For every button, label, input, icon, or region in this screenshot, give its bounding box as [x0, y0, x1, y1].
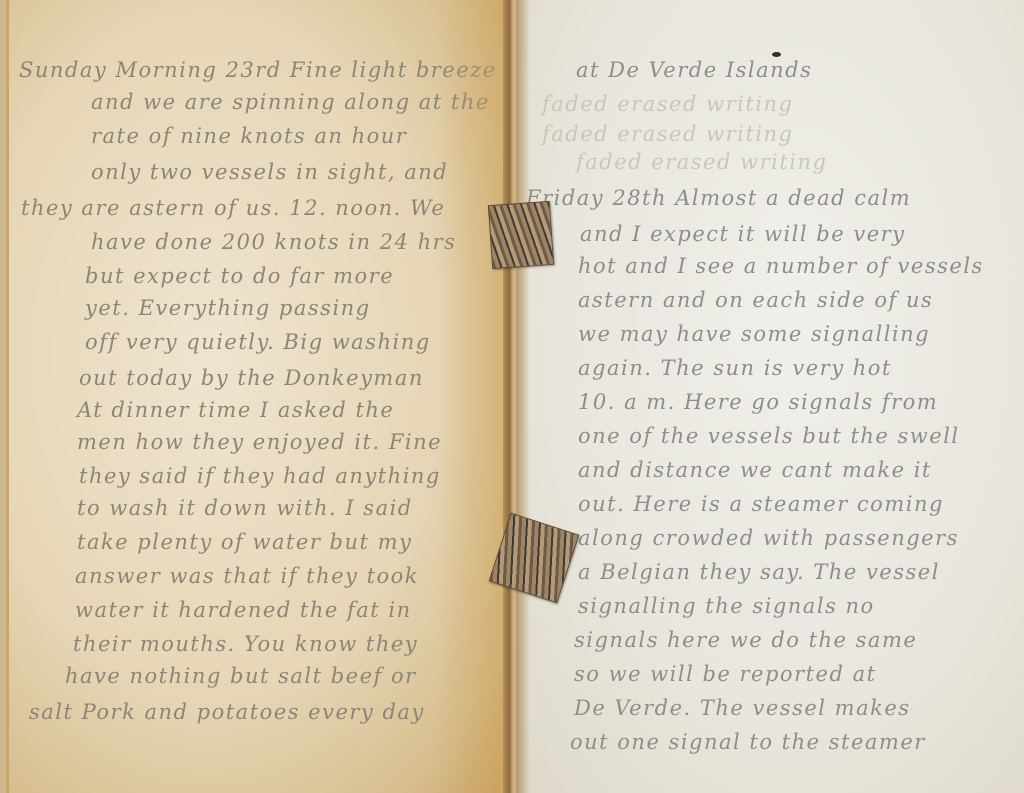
erased-line: faded erased writing [542, 122, 793, 146]
journal-line: out one signal to the steamer [570, 730, 926, 754]
journal-line: so we will be reported at [574, 662, 877, 686]
journal-line: they said if they had anything [79, 464, 441, 488]
journal-line: De Verde. The vessel makes [574, 696, 911, 720]
journal-line: along crowded with passengers [578, 526, 959, 550]
journal-line: and distance we cant make it [578, 458, 932, 482]
journal-line: out today by the Donkeyman [79, 366, 424, 390]
journal-line: At dinner time I asked the [77, 398, 394, 422]
journal-line: salt Pork and potatoes every day [29, 700, 425, 724]
journal-line: out. Here is a steamer coming [578, 492, 944, 516]
journal-line: take plenty of water but my [77, 530, 412, 554]
journal-line: rate of nine knots an hour [91, 124, 407, 148]
journal-line: Friday 28th Almost a dead calm [526, 186, 911, 210]
journal-line: have nothing but salt beef or [65, 664, 417, 688]
journal-line: their mouths. You know they [73, 632, 418, 656]
journal-line: have done 200 knots in 24 hrs [91, 230, 456, 254]
journal-heading-line: at De Verde Islands [576, 58, 812, 82]
journal-line: yet. Everything passing [85, 296, 371, 320]
journal-line: and I expect it will be very [580, 222, 906, 246]
journal-line: signalling the signals no [578, 594, 875, 618]
journal-line: but expect to do far more [85, 264, 394, 288]
journal-line: a Belgian they say. The vessel [578, 560, 940, 584]
journal-line: 10. a m. Here go signals from [578, 390, 938, 414]
journal-line: answer was that if they took [75, 564, 419, 588]
journal-line: men how they enjoyed it. Fine [77, 430, 442, 454]
journal-line: they are astern of us. 12. noon. We [21, 196, 445, 220]
journal-line: one of the vessels but the swell [578, 424, 960, 448]
journal-line: signals here we do the same [574, 628, 917, 652]
left-page: Sunday Morning 23rd Fine light breeze an… [6, 0, 506, 793]
torn-tape-fragment-top [488, 201, 554, 269]
journal-line: Sunday Morning 23rd Fine light breeze [19, 58, 497, 82]
open-journal: Sunday Morning 23rd Fine light breeze an… [0, 0, 1024, 793]
journal-line: off very quietly. Big washing [85, 330, 431, 354]
journal-line: only two vessels in sight, and [91, 160, 448, 184]
right-page: at De Verde Islands faded erased writing… [516, 0, 1024, 793]
journal-line: we may have some signalling [578, 322, 930, 346]
journal-line: and we are spinning along at the [91, 90, 490, 114]
erased-line: faded erased writing [576, 150, 827, 174]
journal-line: again. The sun is very hot [578, 356, 892, 380]
journal-line: water it hardened the fat in [75, 598, 412, 622]
erased-line: faded erased writing [542, 92, 793, 116]
journal-line: to wash it down with. I said [77, 496, 413, 520]
journal-line: hot and I see a number of vessels [578, 254, 984, 278]
ink-blot [772, 52, 781, 57]
journal-line: astern and on each side of us [578, 288, 933, 312]
